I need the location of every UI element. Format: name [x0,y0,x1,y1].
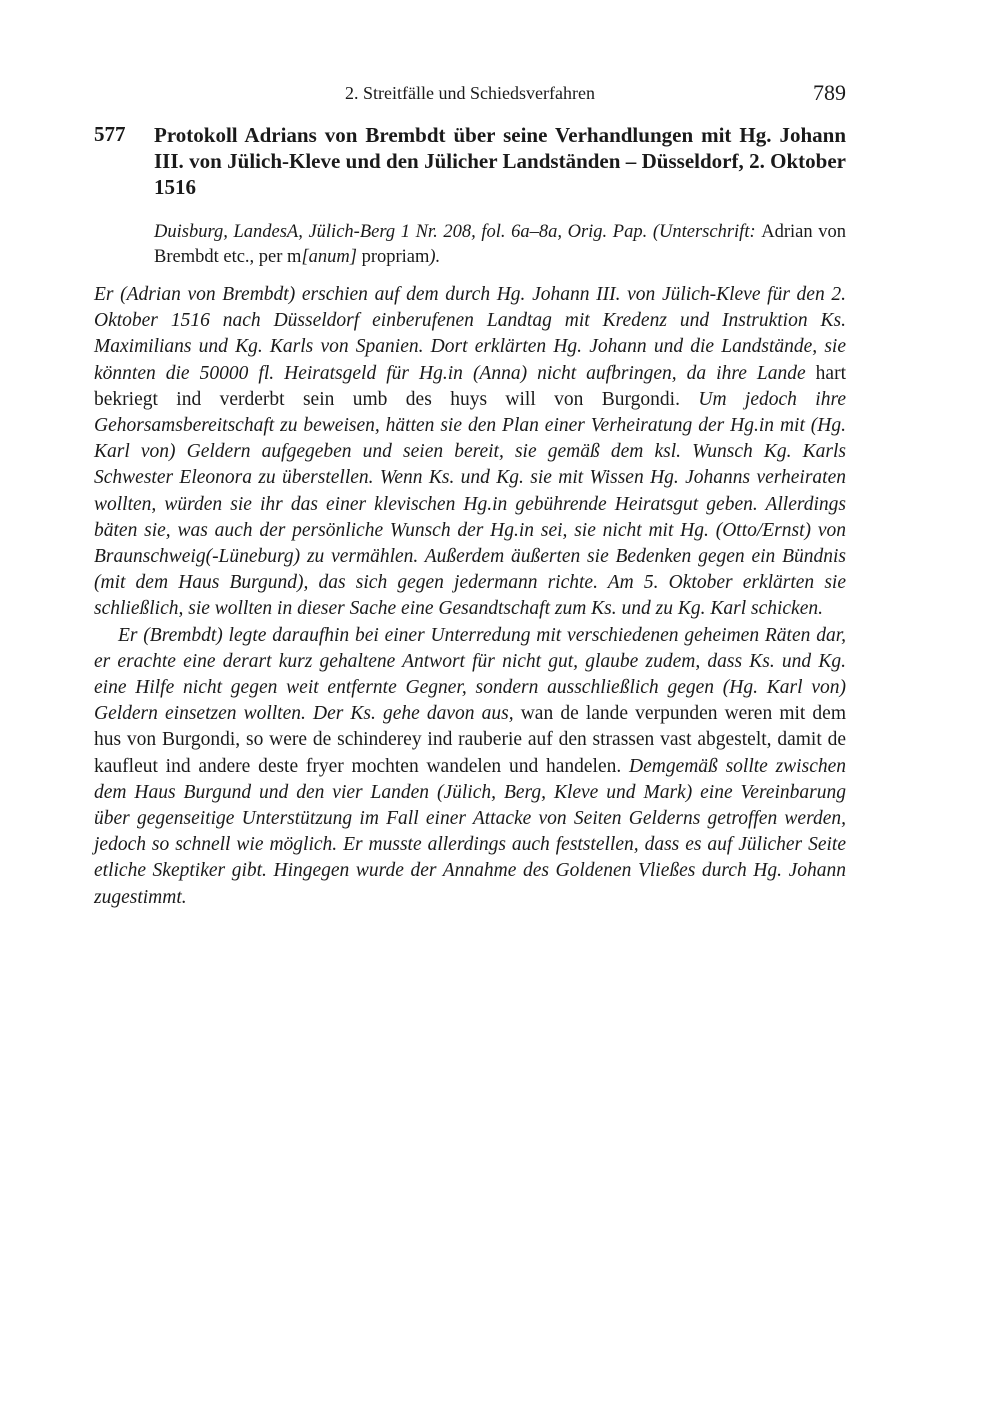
page-number: 789 [813,80,846,106]
running-head-title: 2. Streitfälle und Schiedsverfahren [94,83,846,104]
paragraph-segment: Um jedoch ihre Gehorsamsbereitschaft zu … [94,389,846,620]
source-citation: Duisburg, LandesA, Jülich-Berg 1 Nr. 208… [154,220,846,270]
body-text: Er (Adrian von Brembdt) erschien auf dem… [94,282,846,911]
paragraph-1: Er (Adrian von Brembdt) erschien auf dem… [94,282,846,623]
running-head: 2. Streitfälle und Schiedsverfahren 789 [94,80,846,106]
paragraph-segment: Demgemäß sollte zwischen dem Haus Burgun… [94,756,846,908]
document-number: 577 [94,122,126,147]
source-bracket: [anum] [301,247,357,267]
document-title: Protokoll Adrians von Brembdt über seine… [154,122,846,200]
paragraph-2: Er (Brembdt) legte daraufhin bei einer U… [94,623,846,911]
source-italic: Duisburg, LandesA, Jülich-Berg 1 Nr. 208… [154,222,761,242]
paragraph-segment: Er (Adrian von Brembdt) erschien auf dem… [94,284,846,384]
source-signature-end: propriam [357,247,429,267]
source-close: ). [429,247,440,267]
